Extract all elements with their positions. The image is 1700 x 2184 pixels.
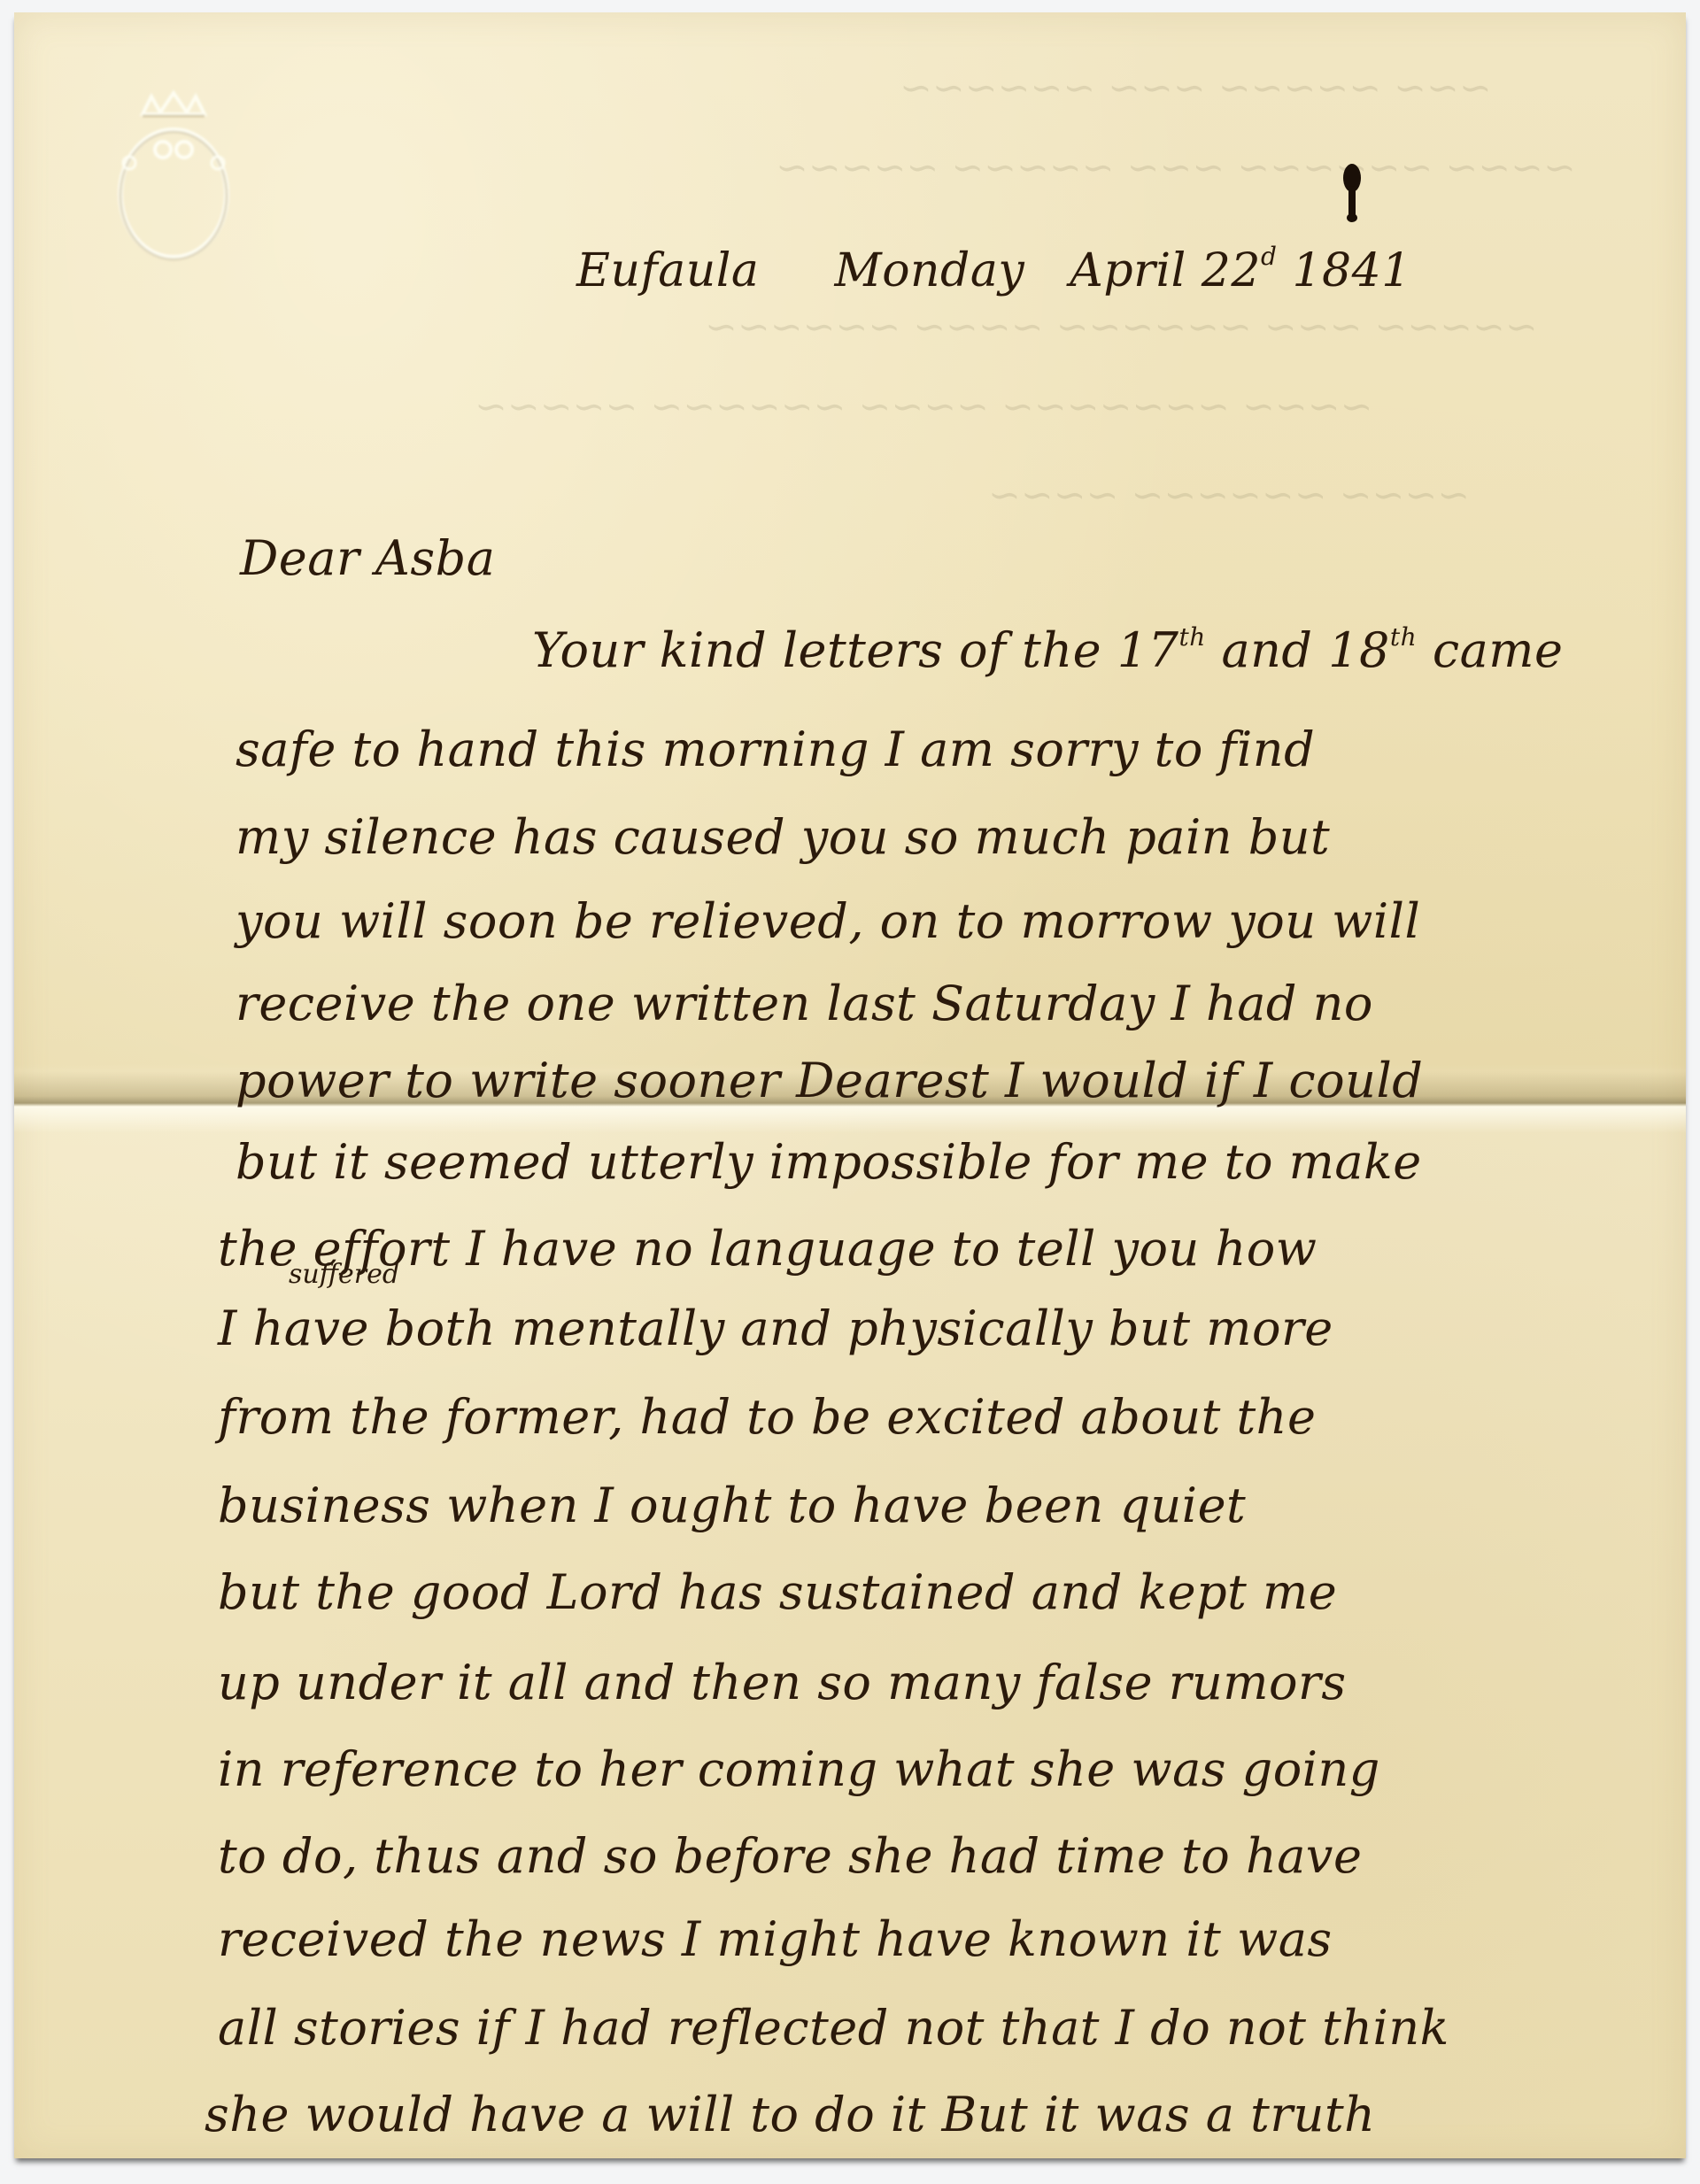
body-line-18: she would have a will to do it But it wa…	[205, 2091, 1375, 2139]
body-line-2: safe to hand this morning I am sorry to …	[236, 726, 1315, 774]
body-line-1: Your kind letters of the 17th and 18th c…	[532, 625, 1563, 675]
bleed-through-text: ~~~~ ~~~~~~~ ~~~~ ~~~~~~ ~~~~~	[475, 384, 1373, 429]
day-suffix: d	[1261, 242, 1277, 271]
body-line-5: receive the one written last Saturday I …	[236, 980, 1373, 1028]
day-number: 22	[1202, 244, 1261, 297]
interlinear-insertion: suffered	[289, 1259, 399, 1290]
fold-highlight	[14, 1107, 1686, 1133]
ordinal-suffix: th	[1178, 622, 1205, 652]
body-line-1-mid: and 18	[1206, 622, 1390, 678]
bleed-through-text: ~~~~ ~~~~~~ ~~~ ~~~~~ ~~~~~	[776, 145, 1576, 190]
year: 1841	[1292, 244, 1410, 297]
body-line-10: from the former, had to be excited about…	[218, 1393, 1316, 1441]
ink-blot-mark-icon	[1341, 163, 1364, 223]
body-line-1-start: Your kind letters of the 17	[532, 622, 1178, 678]
place-name: Eufaula	[576, 244, 759, 297]
body-line-16: received the news I might have known it …	[218, 1916, 1333, 1964]
body-line-15: to do, thus and so before she had time t…	[218, 1833, 1362, 1880]
ordinal-suffix: th	[1390, 622, 1417, 652]
body-line-1-end: came	[1417, 622, 1563, 678]
weekday: Monday	[834, 244, 1024, 297]
body-line-3: my silence has caused you so much pain b…	[236, 814, 1330, 861]
body-line-17: all stories if I had reflected not that …	[218, 2004, 1449, 2052]
letter-page: ~~~ ~~~~~ ~~~ ~~~~~~ ~~~~ ~~~~~~ ~~~ ~~~…	[14, 12, 1686, 2158]
letter-dateline: Eufaula Monday April 22d 1841	[576, 244, 1411, 294]
body-line-6: power to write sooner Dearest I would if…	[236, 1057, 1423, 1105]
body-line-7: but it seemed utterly impossible for me …	[236, 1138, 1422, 1186]
body-line-14: in reference to her coming what she was …	[218, 1746, 1380, 1794]
bleed-through-text: ~~~ ~~~~~ ~~~ ~~~~~~	[900, 66, 1492, 111]
month: April	[1070, 244, 1186, 297]
salutation: Dear Asba	[240, 535, 495, 583]
body-line-11: business when I ought to have been quiet	[218, 1482, 1246, 1530]
embossed-crest-icon	[103, 88, 244, 274]
body-line-4: you will soon be relieved, on to morrow …	[236, 898, 1420, 945]
body-line-13: up under it all and then so many false r…	[218, 1659, 1347, 1707]
bleed-through-text: ~~~~~ ~~~ ~~~~~~ ~~~~ ~~~~~~	[705, 305, 1538, 350]
bleed-through-text: ~~~~ ~~~~~~ ~~~~	[988, 473, 1470, 518]
body-line-12: but the good Lord has sustained and kept…	[218, 1569, 1337, 1617]
body-line-9: I have both mentally and physically but …	[218, 1305, 1333, 1353]
